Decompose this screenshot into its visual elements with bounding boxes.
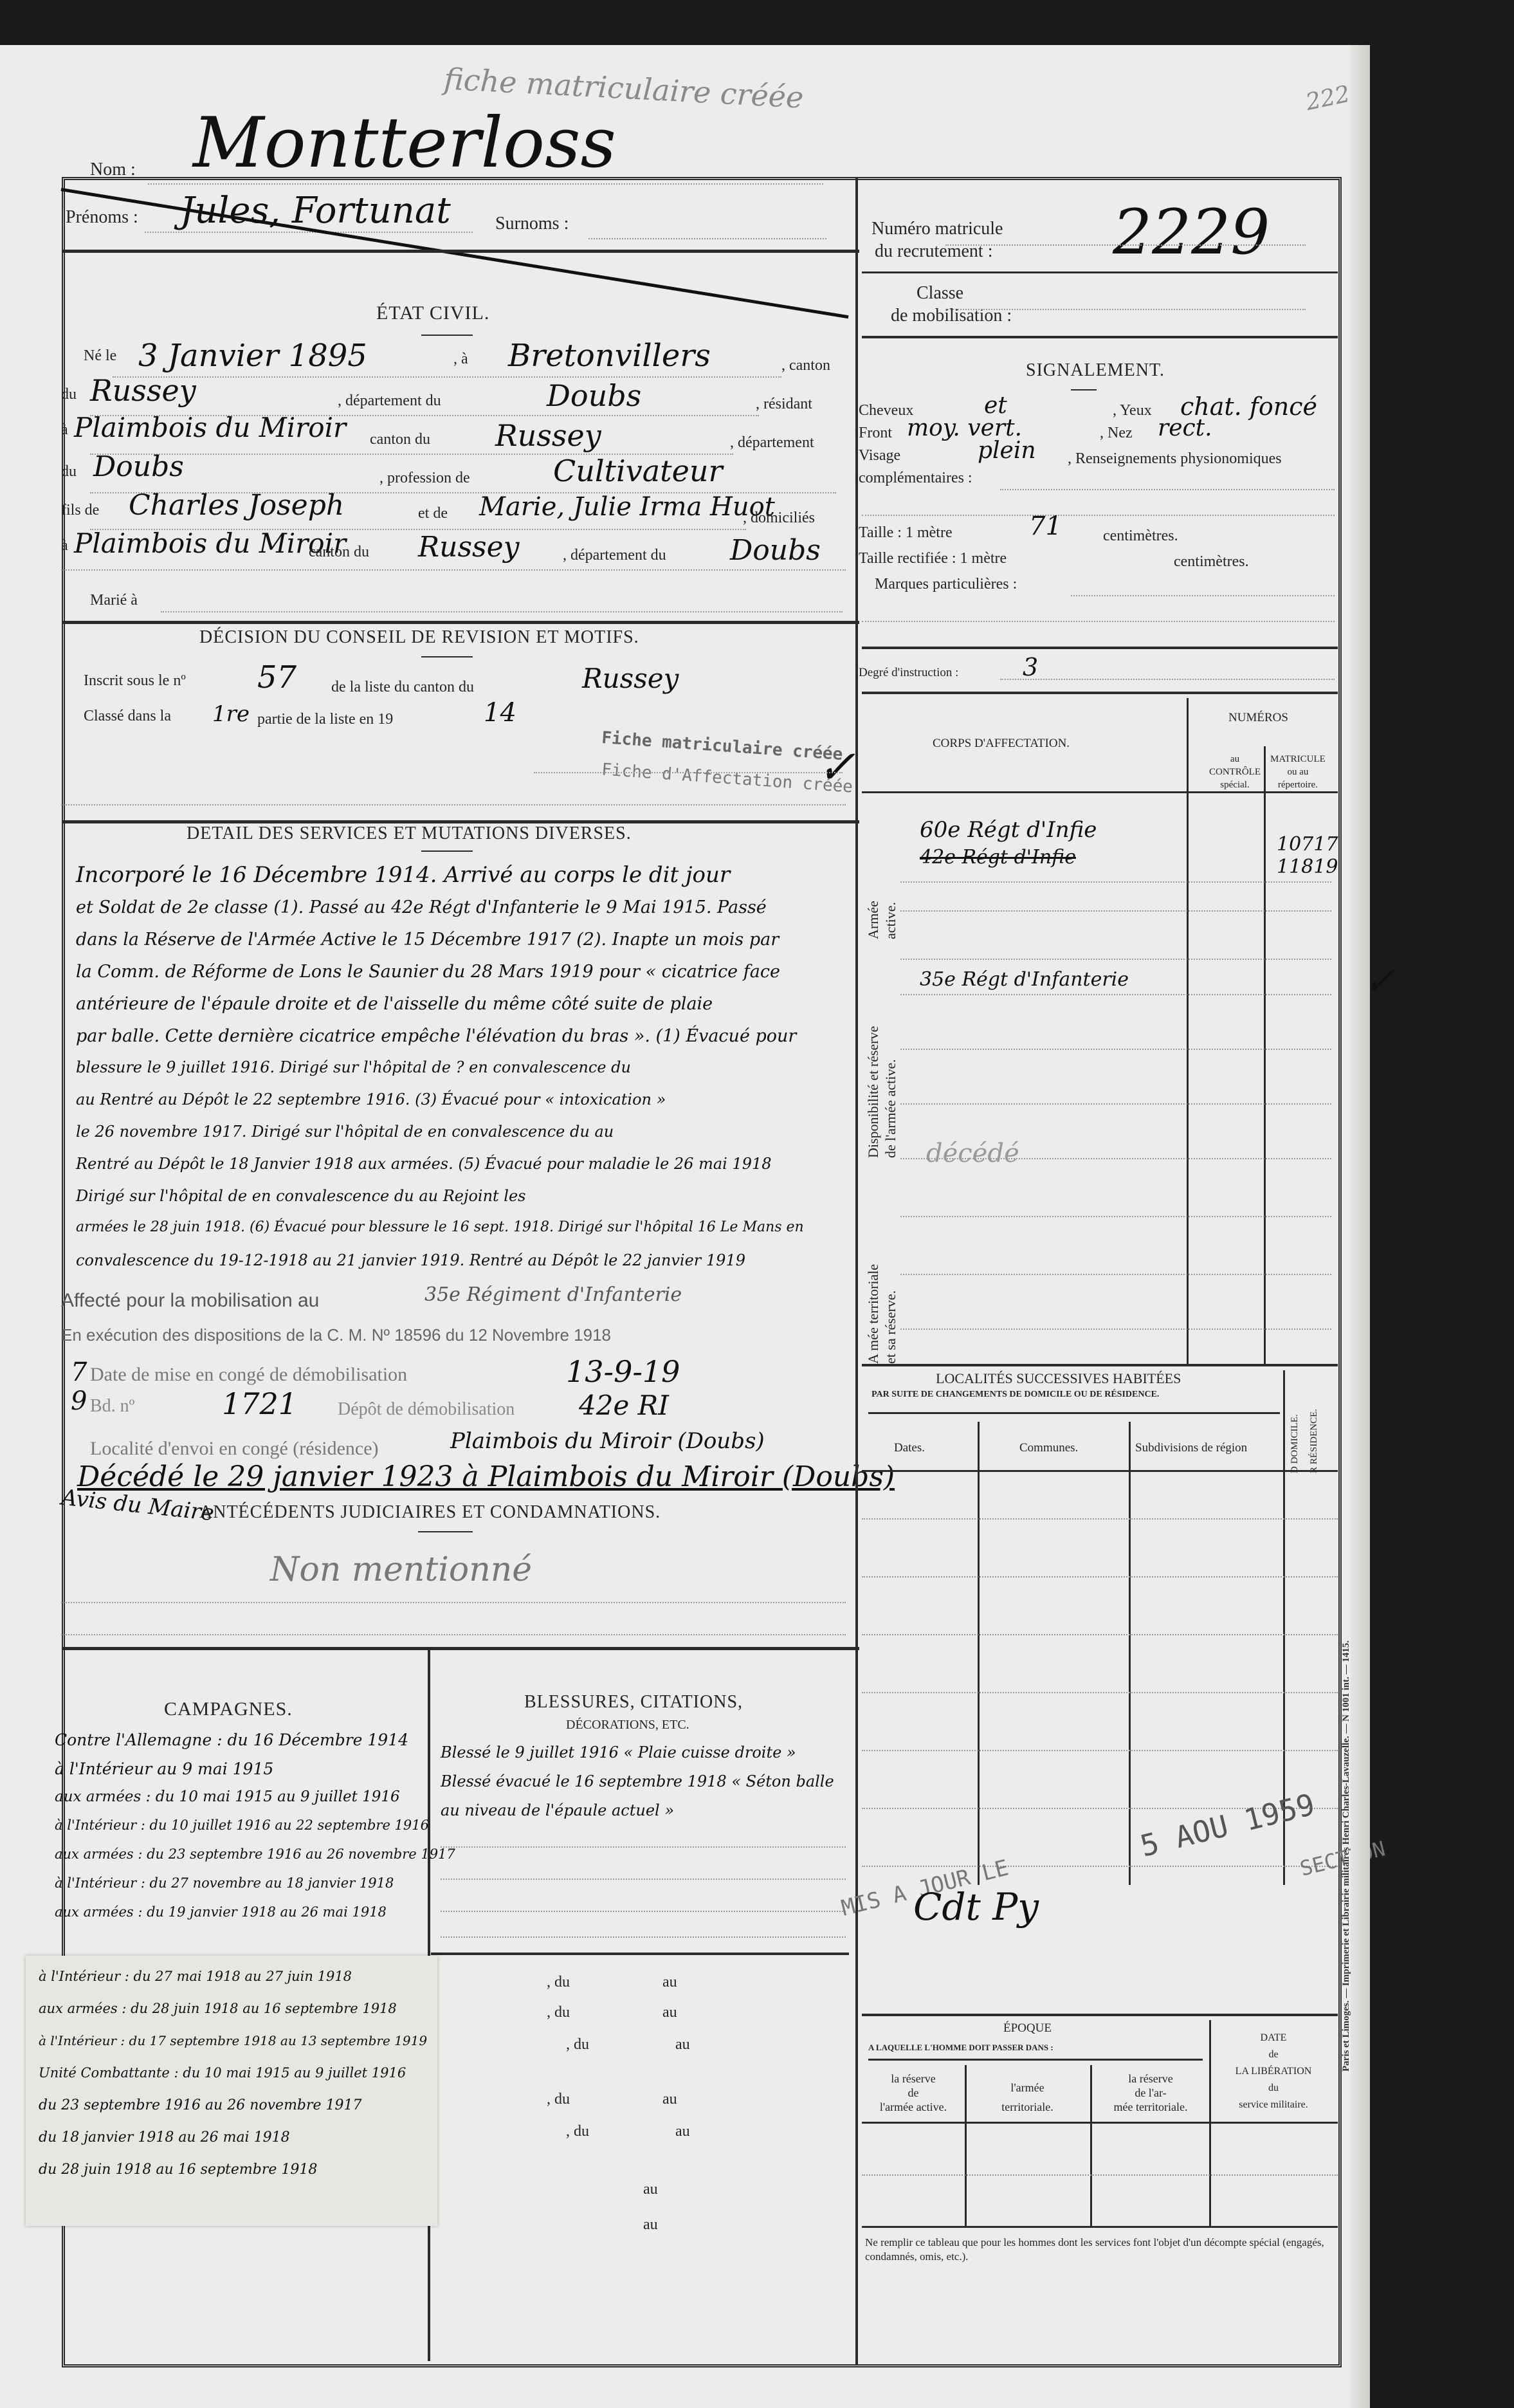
blessures-subtitle: DÉCORATIONS, ETC. xyxy=(566,1718,689,1732)
depot-value: 42e RI xyxy=(579,1390,669,1421)
matricule-number: 2229 xyxy=(1113,196,1270,268)
campaign-line: Contre l'Allemagne : du 16 Décembre 1914 xyxy=(55,1731,408,1749)
campaign-line: aux armées : du 19 janvier 1918 au 26 ma… xyxy=(55,1904,387,1920)
antecedents-value: Non mentionné xyxy=(270,1550,532,1589)
affecte-label: Affecté pour la mobilisation au xyxy=(61,1290,319,1312)
service-line: blessure le 9 juillet 1916. Dirigé sur l… xyxy=(76,1058,631,1076)
decision-title: DÉCISION DU CONSEIL DE REVISION ET MOTIF… xyxy=(199,627,639,648)
service-line: par balle. Cette dernière cicatrice empê… xyxy=(76,1026,796,1046)
wound-line: au niveau de l'épaule actuel » xyxy=(441,1801,674,1819)
instruction-label: Degré d'instruction : xyxy=(859,666,958,680)
birth-canton: Russey xyxy=(90,373,196,408)
service-line: la Comm. de Réforme de Lons le Saunier d… xyxy=(76,962,780,982)
localites-title: LOCALITÉS SUCCESSIVES HABITÉES xyxy=(936,1370,1181,1387)
birth-date: 3 Janvier 1895 xyxy=(138,338,367,374)
corps-entry: 60e Régt d'Infie xyxy=(920,817,1097,843)
col-communes: Communes. xyxy=(1019,1441,1078,1455)
taille-value: 71 xyxy=(1029,511,1062,541)
decision-canton: Russey xyxy=(582,663,679,694)
officer-signature: Cdt Py xyxy=(913,1885,1039,1929)
signalement-title: SIGNALEMENT. xyxy=(1026,360,1165,381)
etat-civil-title: ÉTAT CIVIL. xyxy=(376,302,489,324)
visage-value: plein xyxy=(978,437,1036,464)
check-mark-icon: ✓ xyxy=(817,740,855,794)
service-line: dans la Réserve de l'Armée Active le 15 … xyxy=(76,930,779,950)
parents-canton: Russey xyxy=(418,531,520,564)
marie-label: Marié à xyxy=(90,592,138,609)
residence-department: Doubs xyxy=(93,450,184,483)
corps-entry: 42e Régt d'Infie xyxy=(920,846,1076,869)
residence-canton: Russey xyxy=(495,418,601,453)
matricule-entry: 11819 xyxy=(1277,856,1338,878)
wound-line: Blessé le 9 juillet 1916 « Plaie cuisse … xyxy=(441,1743,796,1761)
register-page: fiche matriculaire créée 2229 Nom : Mont… xyxy=(0,45,1370,2408)
nom-value: Montterloss xyxy=(193,103,616,183)
blessures-title: BLESSURES, CITATIONS, xyxy=(524,1692,743,1713)
numeros-title: NUMÉROS xyxy=(1228,711,1288,725)
col-subdivisions: Subdivisions de région xyxy=(1135,1441,1247,1455)
campaign-line: à l'Intérieur : du 27 novembre au 18 jan… xyxy=(55,1875,394,1891)
corps-entry: décédé xyxy=(926,1139,1019,1168)
col-dates: Dates. xyxy=(894,1441,925,1455)
epoque-note: Ne remplir ce tableau que pour les homme… xyxy=(865,2236,1328,2264)
instruction-value: 3 xyxy=(1023,653,1038,681)
localite-value: Plaimbois du Miroir (Doubs) xyxy=(450,1428,765,1454)
bd-label: Bd. nº xyxy=(90,1396,134,1417)
corps-title: CORPS D'AFFECTATION. xyxy=(933,737,1070,751)
campaign-line: aux armées : du 23 septembre 1916 au 26 … xyxy=(55,1846,455,1862)
check-mark-icon: ✓ xyxy=(1364,959,1396,1004)
matricule-label: Numéro matricule xyxy=(871,219,1003,239)
service-line: Rentré au Dépôt le 18 Janvier 1918 aux a… xyxy=(76,1155,772,1173)
prenoms-value: Jules, Fortunat xyxy=(180,190,451,232)
attached-line: du 28 juin 1918 au 16 septembre 1918 xyxy=(39,2162,317,2178)
affecte-value: 35e Régiment d'Infanterie xyxy=(424,1283,682,1306)
classe-partie: 1re xyxy=(212,701,250,727)
printer-imprint: Paris et Limoges. — Imprimerie et Librai… xyxy=(1341,1139,1352,2072)
nez-value: rect. xyxy=(1158,415,1212,441)
prenoms-label: Prénoms : xyxy=(66,207,138,228)
matricule-entry: 10717 xyxy=(1277,833,1338,856)
parents-domicile: Plaimbois du Miroir xyxy=(74,528,346,559)
services-title: DETAIL DES SERVICES ET MUTATIONS DIVERSE… xyxy=(187,823,632,844)
localite-label: Localité d'envoi en congé (résidence) xyxy=(90,1438,379,1460)
depot-label: Dépôt de démobilisation xyxy=(338,1399,515,1420)
bd-value: 1721 xyxy=(222,1386,297,1421)
attached-line: à l'Intérieur : du 17 septembre 1918 au … xyxy=(39,2033,427,2048)
father-name: Charles Joseph xyxy=(129,489,344,522)
service-line: Dirigé sur l'hôpital de en convalescence… xyxy=(76,1187,526,1205)
corps-entry: 35e Régt d'Infanterie xyxy=(920,968,1129,991)
corner-pencil-number: 2229 xyxy=(1304,78,1367,116)
attached-line: aux armées : du 28 juin 1918 au 16 septe… xyxy=(39,2001,397,2016)
birth-department: Doubs xyxy=(547,378,641,413)
profession: Cultivateur xyxy=(553,454,722,488)
deces-note: Décédé le 29 janvier 1923 à Plaimbois du… xyxy=(77,1460,895,1493)
classe-label: Classe xyxy=(917,283,963,304)
ne-le-label: Né le xyxy=(84,347,116,365)
demob-label: Date de mise en congé de démobilisation xyxy=(90,1364,407,1386)
attached-line: du 23 septembre 1916 au 26 novembre 1917 xyxy=(39,2097,362,2113)
campagnes-title: CAMPAGNES. xyxy=(164,1698,293,1720)
classe-year: 14 xyxy=(484,698,516,728)
execution-text: En exécution des dispositions de la C. M… xyxy=(61,1325,611,1345)
service-line: convalescence du 19-12-1918 au 21 janvie… xyxy=(76,1251,745,1269)
attached-paper-slip: à l'Intérieur : du 27 mai 1918 au 27 jui… xyxy=(26,1956,437,2226)
nom-label: Nom : xyxy=(90,160,136,180)
residence-place: Plaimbois du Miroir xyxy=(74,412,346,443)
attached-line: Unité Combattante : du 10 mai 1915 au 9 … xyxy=(39,2065,406,2081)
service-line: armées le 28 juin 1918. (6) Évacué pour … xyxy=(76,1219,804,1235)
antecedents-title: ANTÉCÉDENTS JUDICIAIRES ET CONDAMNATIONS… xyxy=(199,1502,661,1523)
surnoms-label: Surnoms : xyxy=(495,214,569,234)
attached-line: à l'Intérieur : du 27 mai 1918 au 27 jui… xyxy=(39,1969,352,1984)
campaign-line: à l'Intérieur au 9 mai 1915 xyxy=(55,1760,273,1778)
mother-name: Marie, Julie Irma Huot xyxy=(479,492,775,522)
service-line: au Rentré au Dépôt le 22 septembre 1916.… xyxy=(76,1090,666,1108)
service-line: le 26 novembre 1917. Dirigé sur l'hôpita… xyxy=(76,1123,614,1141)
inscrit-number: 57 xyxy=(257,659,296,695)
campaign-line: aux armées : du 10 mai 1915 au 9 juillet… xyxy=(55,1788,400,1805)
service-line: Incorporé le 16 Décembre 1914. Arrivé au… xyxy=(76,862,730,888)
parents-department: Doubs xyxy=(730,534,821,567)
demob-date: 13-9-19 xyxy=(566,1354,680,1389)
service-line: antérieure de l'épaule droite et de l'ai… xyxy=(76,994,713,1014)
attached-line: du 18 janvier 1918 au 26 mai 1918 xyxy=(39,2129,290,2146)
birth-place: Bretonvillers xyxy=(508,338,711,374)
epoque-title: ÉPOQUE xyxy=(1003,2021,1052,2036)
wound-line: Blessé évacué le 16 septembre 1918 « Sét… xyxy=(441,1772,834,1790)
service-line: et Soldat de 2e classe (1). Passé au 42e… xyxy=(76,897,767,917)
campaign-line: à l'Intérieur : du 10 juillet 1916 au 22… xyxy=(55,1817,429,1833)
